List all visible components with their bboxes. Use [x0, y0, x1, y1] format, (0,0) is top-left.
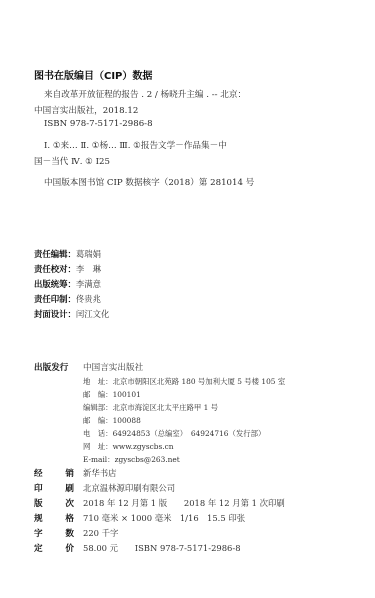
- credit-value: 佟贵兆: [76, 294, 101, 304]
- spec-value-edition: 2018 年 12 月第 1 版 2018 年 12 月第 1 次印刷: [83, 497, 285, 509]
- cip-title: 图书在版编目（CIP）数据: [34, 67, 152, 82]
- detail-value: 北京市海淀区北太平庄路甲 1 号: [113, 403, 218, 412]
- detail-label: 电 话：: [83, 429, 113, 438]
- spec-label-format: 规格: [34, 512, 74, 524]
- detail-label: 邮 编：: [83, 416, 113, 425]
- editorial-address: 编辑部：北京市海淀区北太平庄路甲 1 号: [83, 402, 218, 413]
- cip-classification-1: Ⅰ. ①来… Ⅱ. ①杨… Ⅲ. ①报告文学－作品集－中: [44, 139, 227, 151]
- detail-label: 邮 编：: [83, 390, 113, 399]
- spec-value-printer: 北京温林源印刷有限公司: [83, 482, 175, 494]
- credit-editor: 责任编辑：葛瑞娟: [34, 248, 101, 260]
- publisher-phone: 电 话：64924853（总编室） 64924716（发行部）: [83, 428, 265, 439]
- cip-line-2: 中国言实出版社，2018.12: [34, 104, 138, 116]
- spec-value-distributor: 新华书店: [83, 467, 117, 479]
- credit-label: 责任编辑：: [34, 249, 76, 259]
- detail-label: E-mail：: [83, 455, 115, 464]
- credit-value: 葛瑞娟: [76, 249, 101, 259]
- publisher-address: 地 址：北京市朝阳区北苑路 180 号加利大厦 5 号楼 105 室: [83, 376, 285, 387]
- credit-cover-design: 封面设计：闰江文化: [34, 308, 109, 320]
- credit-label: 出版统筹：: [34, 279, 76, 289]
- cip-isbn: ISBN 978-7-5171-2986-8: [44, 119, 153, 129]
- spec-label-printer: 印刷: [34, 482, 74, 494]
- detail-label: 编辑部：: [83, 403, 113, 412]
- detail-value: 100101: [113, 390, 141, 399]
- spec-value-word-count: 220 千字: [83, 527, 118, 539]
- publisher-email: E-mail：zgyscbs@263.net: [83, 454, 180, 465]
- publisher-website: 网 址：www.zgyscbs.cn: [83, 441, 174, 452]
- editorial-postcode: 邮 编：100088: [83, 415, 141, 426]
- credit-label: 责任校对：: [34, 264, 76, 274]
- credit-value: 李满意: [76, 279, 101, 289]
- spec-value-format: 710 毫米 × 1000 毫米 1/16 15.5 印张: [83, 512, 245, 524]
- detail-label: 网 址：: [83, 442, 113, 451]
- spec-label-price: 定价: [34, 542, 74, 554]
- publisher-heading: 出版发行: [34, 361, 68, 373]
- spec-label-word-count: 字数: [34, 527, 74, 539]
- detail-value[interactable]: www.zgyscbs.cn: [113, 442, 174, 451]
- detail-value[interactable]: zgyscbs@263.net: [115, 455, 180, 464]
- credit-coordinator: 出版统筹：李满意: [34, 278, 101, 290]
- credit-label: 封面设计：: [34, 309, 76, 319]
- publisher-name: 中国言实出版社: [83, 361, 143, 373]
- publisher-postcode: 邮 编：100101: [83, 389, 141, 400]
- cip-record-number: 中国版本图书馆 CIP 数据核字（2018）第 281014 号: [44, 176, 254, 188]
- spec-value-price: 58.00 元 ISBN 978-7-5171-2986-8: [83, 542, 241, 554]
- credit-label: 责任印制：: [34, 294, 76, 304]
- credit-value: 李 琳: [76, 264, 101, 274]
- credit-proofreader: 责任校对：李 琳: [34, 263, 101, 275]
- detail-value: 北京市朝阳区北苑路 180 号加利大厦 5 号楼 105 室: [113, 377, 286, 386]
- credit-value: 闰江文化: [76, 309, 110, 319]
- spec-label-distributor: 经销: [34, 467, 74, 479]
- detail-value: 64924853（总编室） 64924716（发行部）: [113, 429, 266, 438]
- credit-printing: 责任印制：佟贵兆: [34, 293, 101, 305]
- cip-classification-2: 国－当代 Ⅳ. ① I25: [34, 155, 110, 167]
- cip-line-1: 来自改革开放征程的报告 . 2 / 杨晓升主编 . -- 北京：: [44, 88, 246, 100]
- detail-label: 地 址：: [83, 377, 113, 386]
- spec-label-edition: 版次: [34, 497, 74, 509]
- detail-value: 100088: [113, 416, 141, 425]
